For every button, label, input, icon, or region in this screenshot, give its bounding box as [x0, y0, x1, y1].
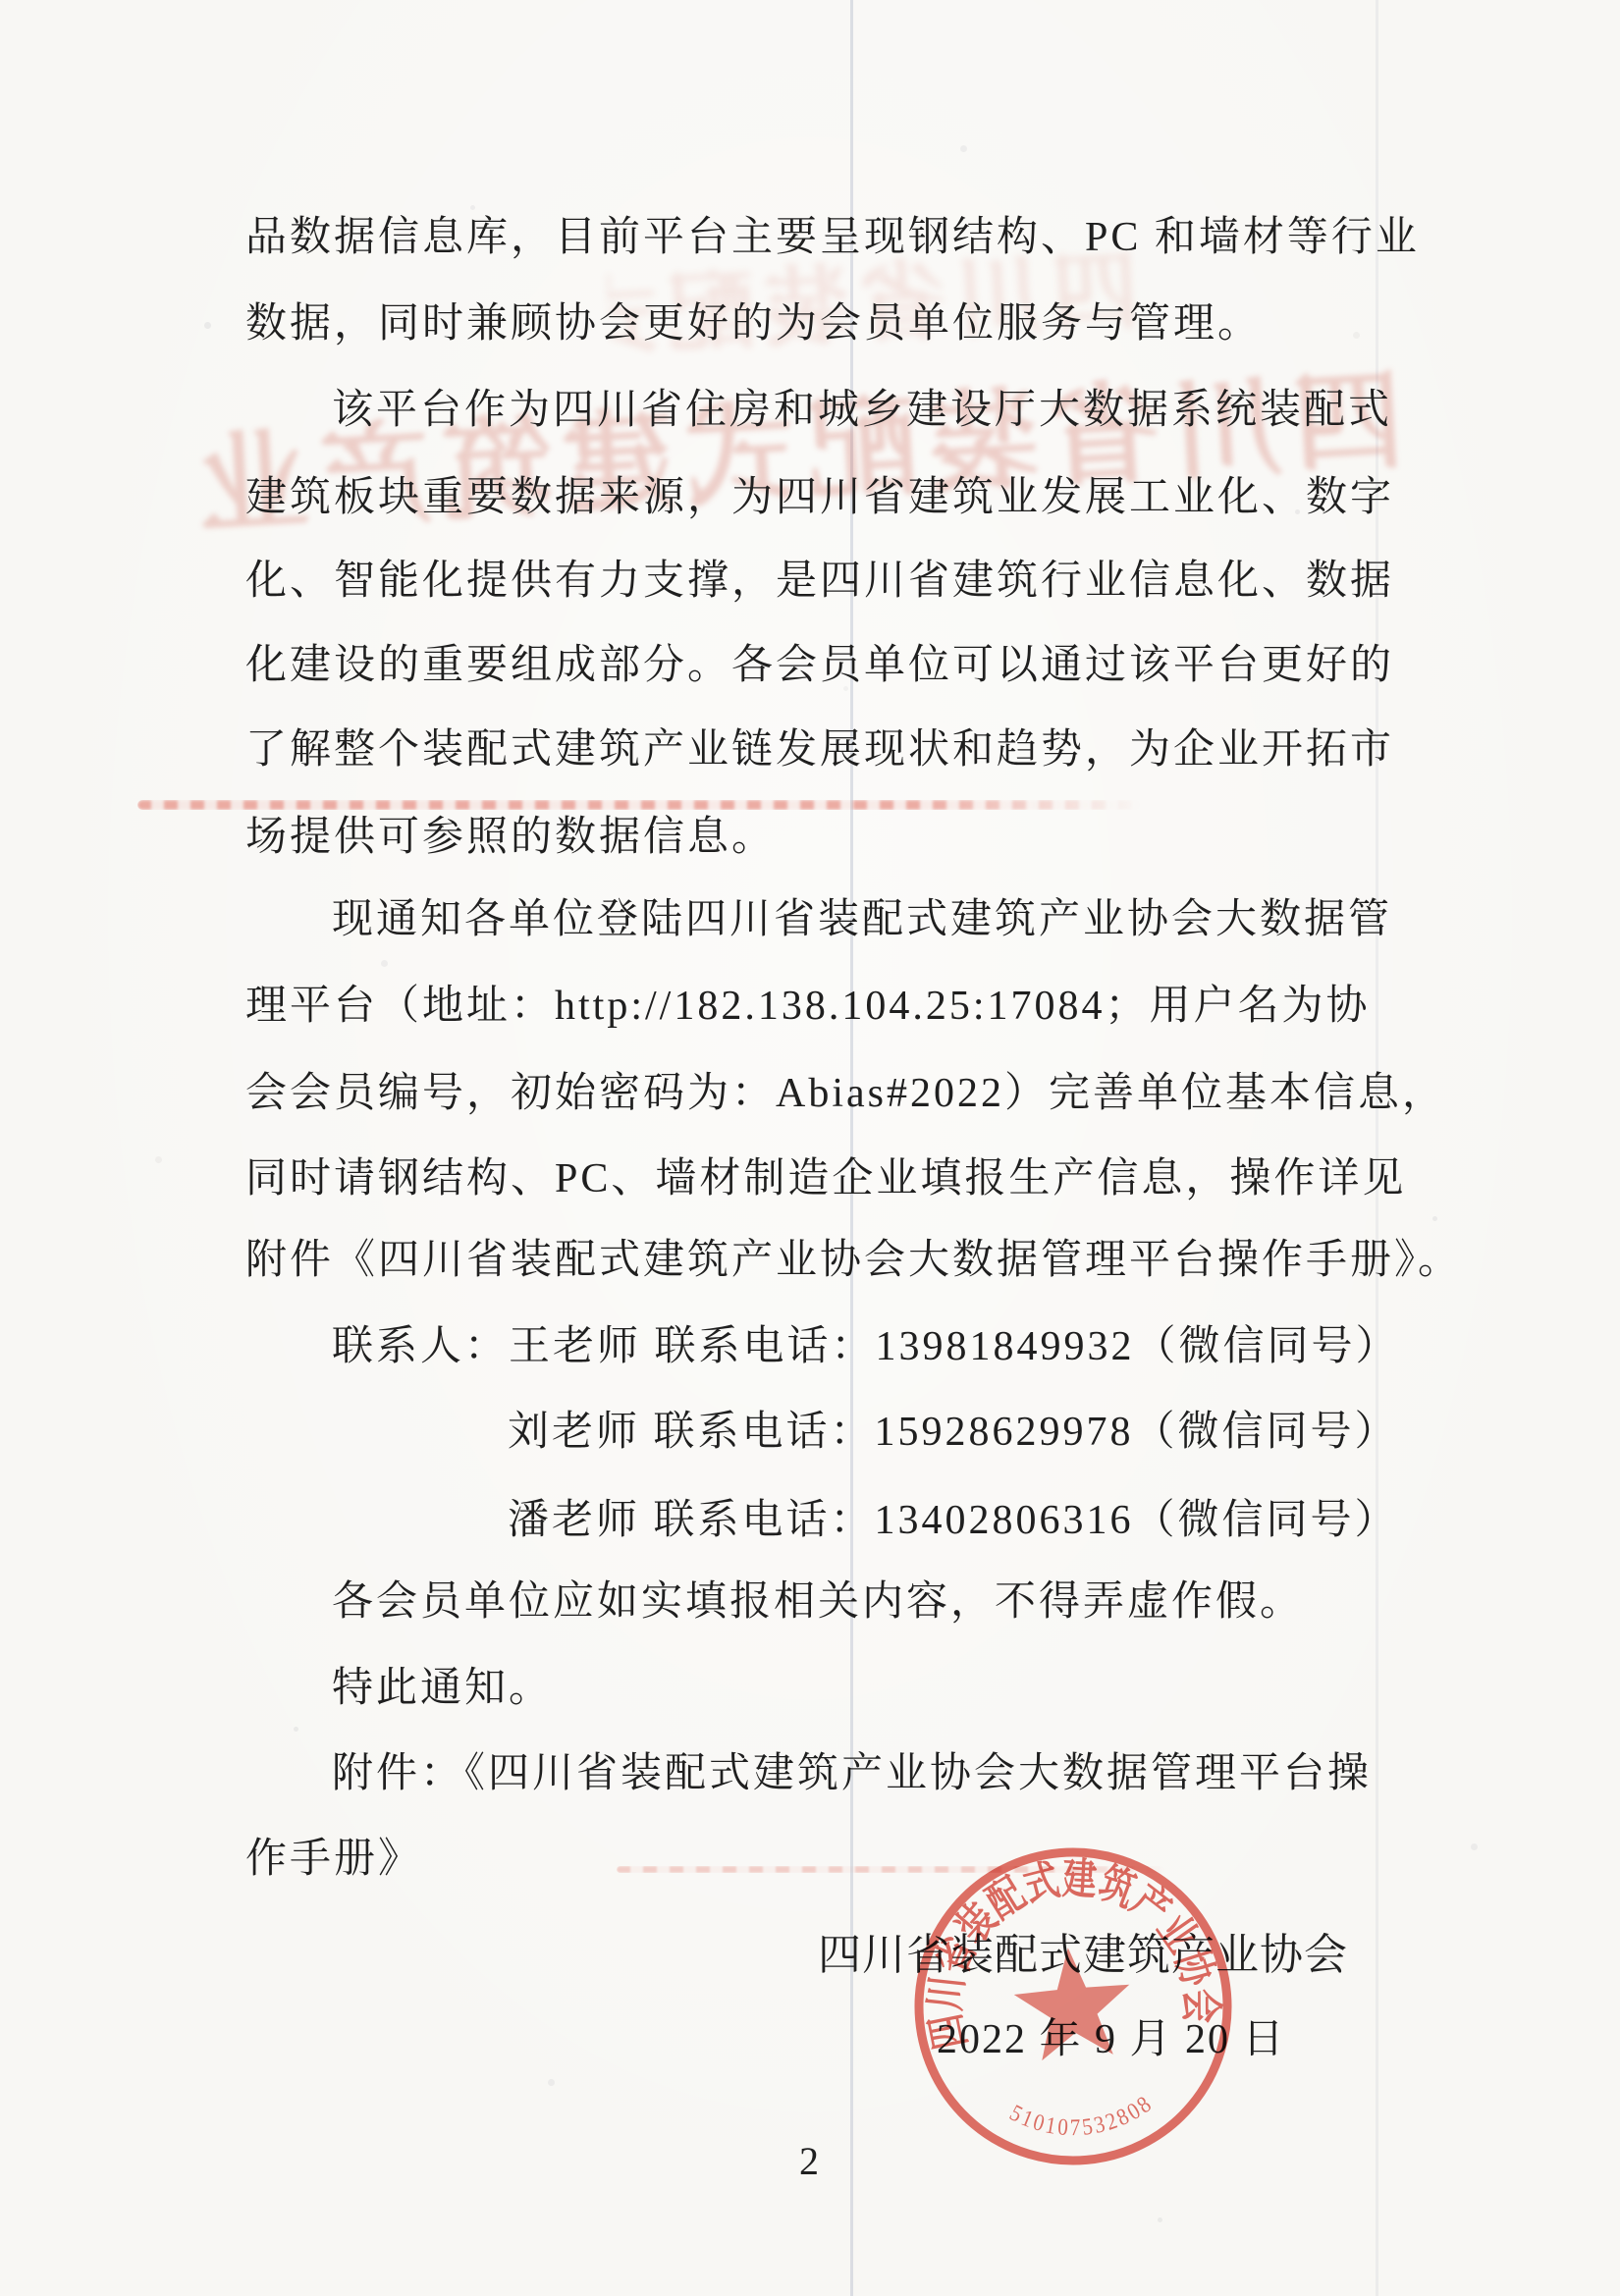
- contact-line-liu: 刘老师 联系电话：15928629978（微信同号）: [508, 1409, 1399, 1456]
- star-icon: [1010, 1943, 1135, 2062]
- body-line: 品数据信息库，目前平台主要呈现钢结构、PC 和墙材等行业: [245, 214, 1420, 261]
- body-line: 了解整个装配式建筑产业链发展现状和趋势，为企业开拓市: [245, 726, 1394, 774]
- body-line: 特此通知。: [332, 1665, 553, 1712]
- body-line: 化建设的重要组成部分。各会员单位可以通过该平台更好的: [245, 642, 1394, 689]
- body-line: 数据，同时兼顾协会更好的为会员单位服务与管理。: [245, 300, 1262, 347]
- body-line: 化、智能化提供有力支撑，是四川省建筑行业信息化、数据: [245, 558, 1394, 605]
- body-line: 建筑板块重要数据来源，为四川省建筑业发展工业化、数字: [245, 474, 1394, 521]
- fold-line-artifact-right: [1376, 0, 1378, 2296]
- body-line: 各会员单位应如实填报相关内容，不得弄虚作假。: [332, 1578, 1304, 1626]
- contact-line-wang: 联系人：王老师 联系电话：13981849932（微信同号）: [332, 1323, 1400, 1370]
- official-seal-stamp: 四川省装配式建筑产业协会 5101075328088: [908, 1842, 1238, 2171]
- body-line: 会会员编号，初始密码为：Abias#2022）完善单位基本信息，: [245, 1070, 1446, 1117]
- attachment-line: 附件：《四川省装配式建筑产业协会大数据管理平台操: [332, 1750, 1372, 1797]
- body-line: 场提供可参照的数据信息。: [245, 814, 776, 861]
- scan-noise: [0, 0, 3, 3]
- body-line: 现通知各单位登陆四川省装配式建筑产业协会大数据管: [332, 896, 1392, 943]
- contact-line-pan: 潘老师 联系电话：13402806316（微信同号）: [508, 1497, 1399, 1544]
- red-ink-streak: [137, 800, 1144, 810]
- bleed-through-text-main: 四川省装配式建筑产业协会文件: [184, 347, 1408, 564]
- page-number: 2: [785, 2138, 833, 2184]
- body-line: 同时请钢结构、PC、墙材制造企业填报生产信息，操作详见: [245, 1155, 1406, 1202]
- body-line: 附件《四川省装配式建筑产业协会大数据管理平台操作手册》。: [245, 1237, 1462, 1284]
- attachment-line-continued: 作手册》: [245, 1836, 422, 1883]
- document-page: 四川省装配式建筑产业协会文件 四川省装配式建筑产业协会文件 品数据信息库，目前平…: [0, 0, 1620, 2296]
- body-line: 该平台作为四川省住房和城乡建设厅大数据系统装配式: [332, 387, 1392, 434]
- body-line: 理平台（地址：http://182.138.104.25:17084；用户名为协: [245, 983, 1371, 1030]
- bleed-through-text: 四川省装配式建筑产业协会文件: [184, 347, 1407, 562]
